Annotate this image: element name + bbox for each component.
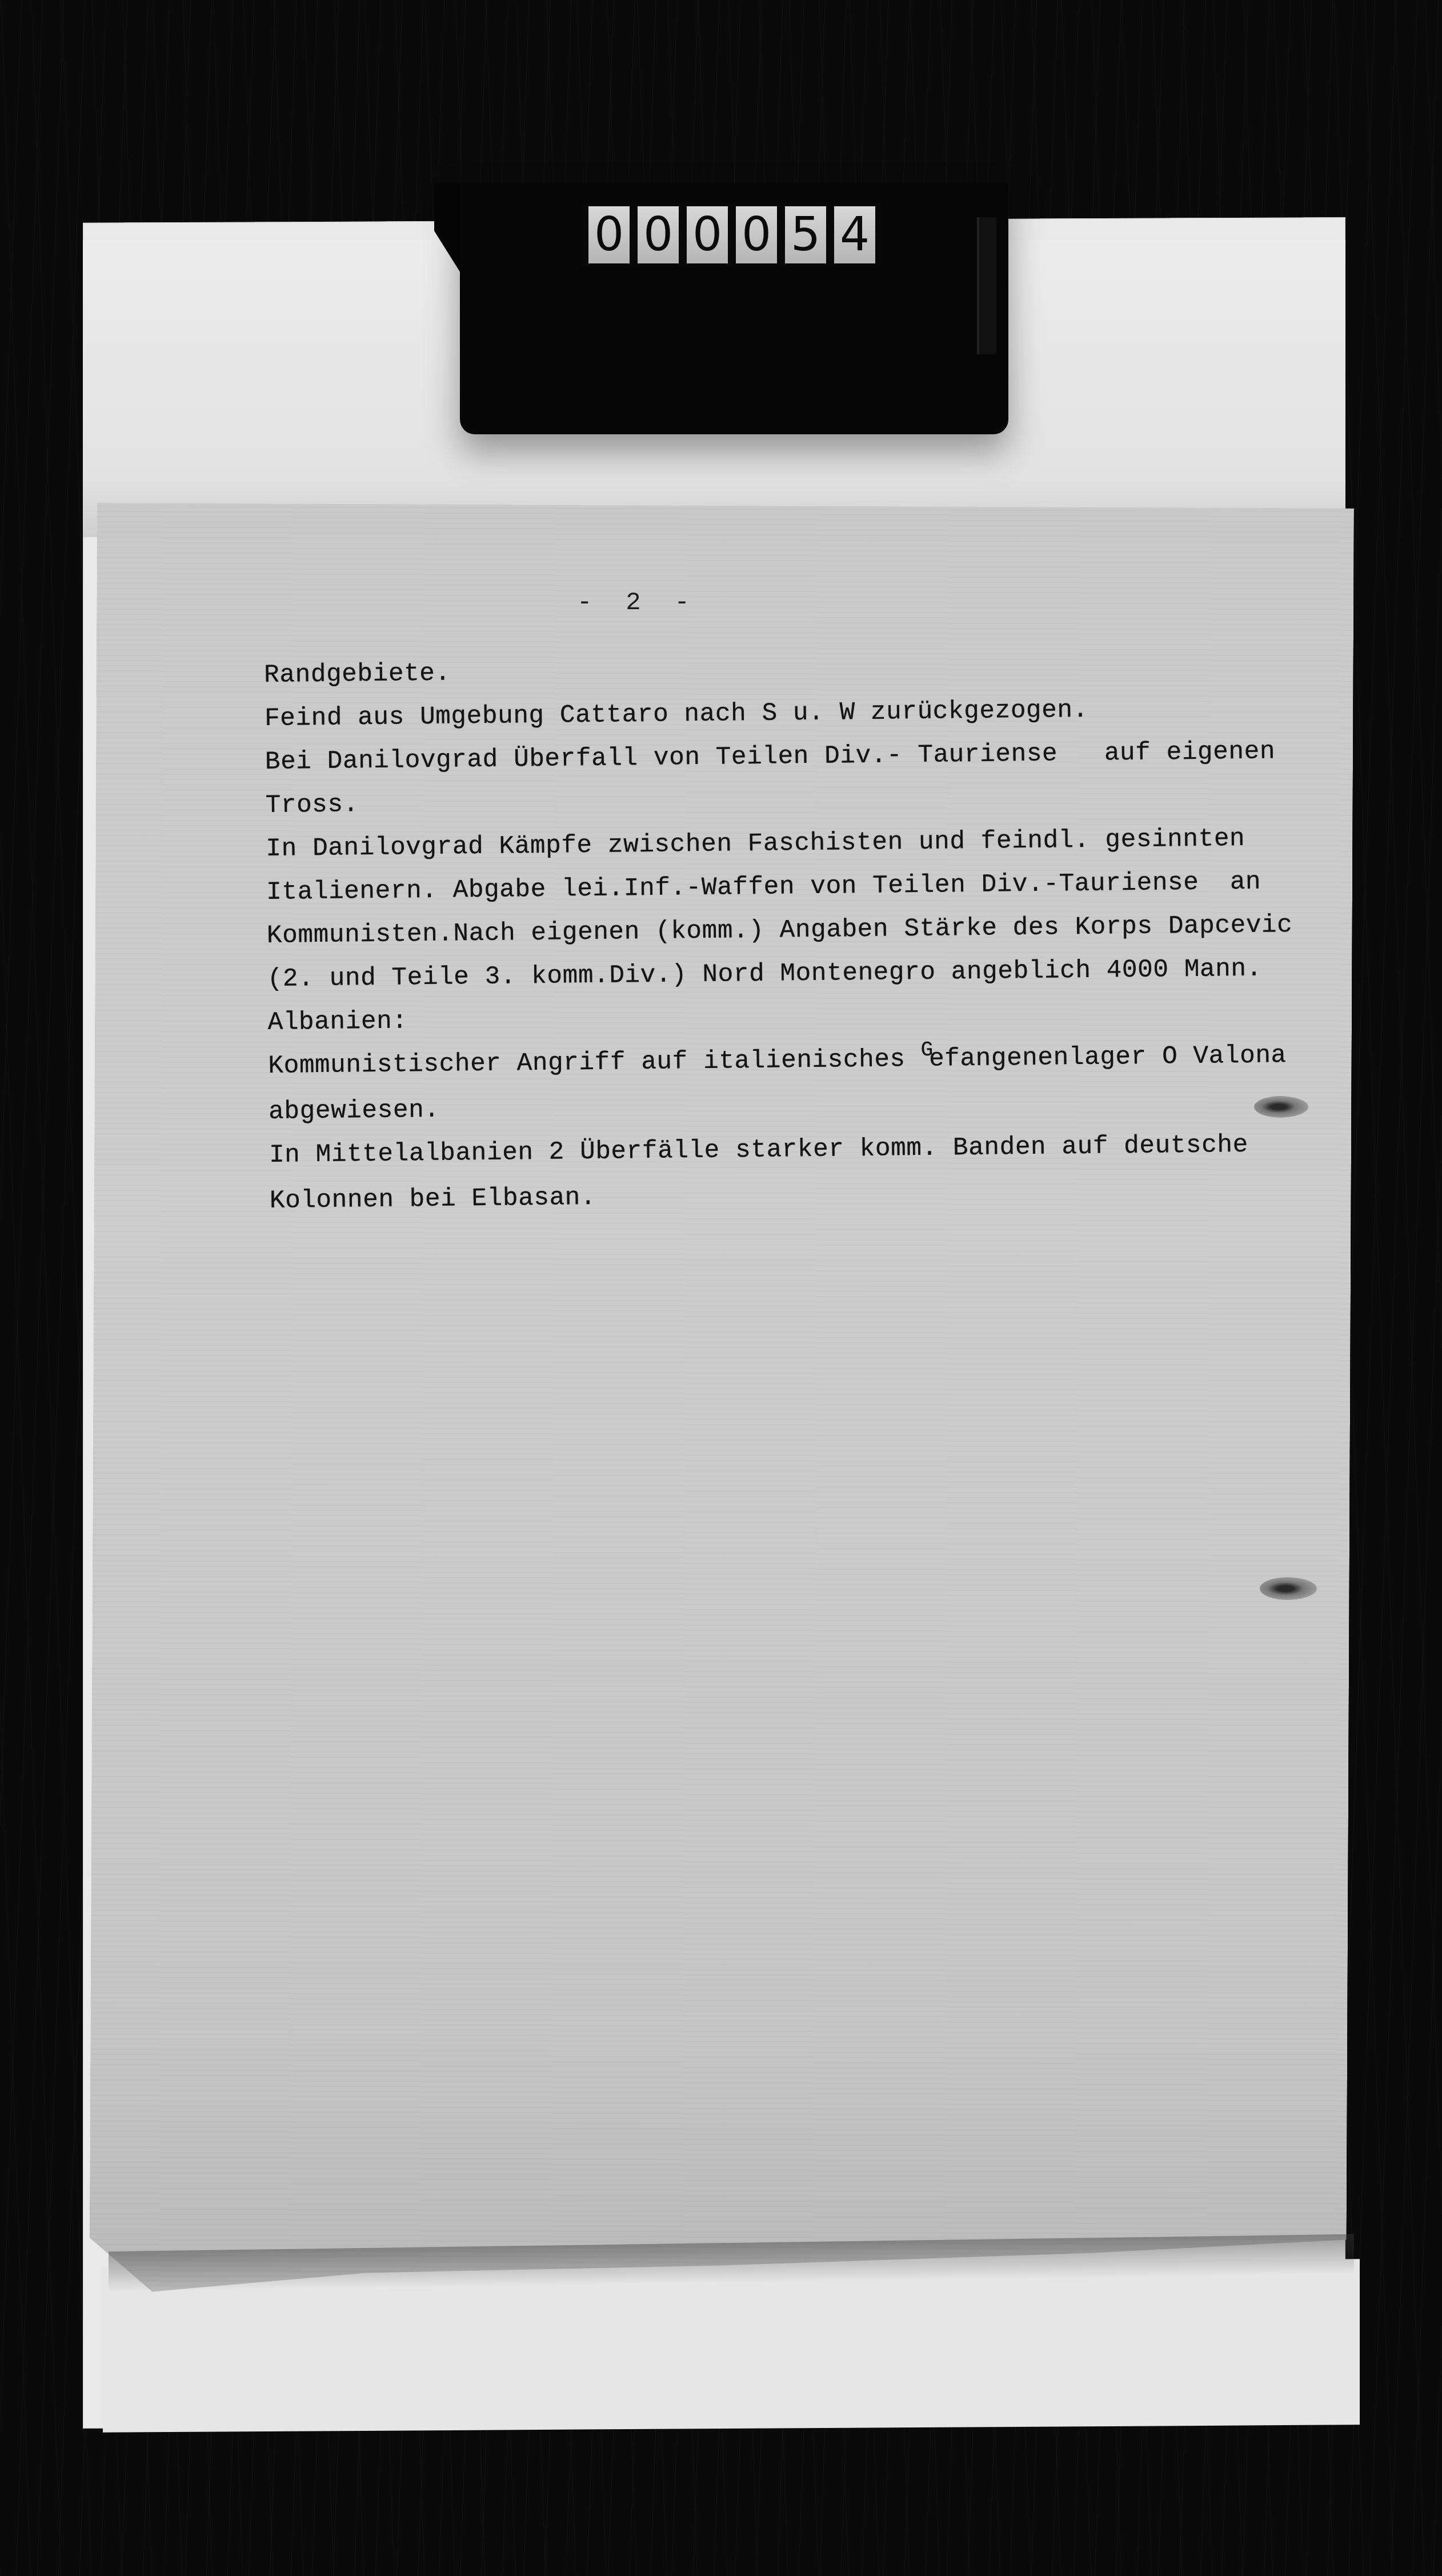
- page-number: - 2 -: [577, 589, 691, 617]
- frame-counter: 0 0 0 0 5 4: [434, 183, 1000, 434]
- text-line: Tross.: [265, 782, 1351, 818]
- text-line: In Danilovgrad Kämpfe zwischen Faschiste…: [266, 825, 1351, 862]
- counter-digit: 0: [638, 206, 679, 263]
- document-body: Randgebiete. Feind aus Umgebung Cattaro …: [264, 651, 1355, 1214]
- text-line: Kommunisten.Nach eigenen (komm.) Angaben…: [267, 912, 1352, 949]
- text-line: (2. und Teile 3. komm.Div.) Nord Montene…: [267, 955, 1353, 992]
- counter-digit: 0: [687, 206, 728, 263]
- counter-knob: [977, 217, 996, 354]
- text-line: Kommunistischer Angriff auf italienische…: [268, 1042, 1353, 1079]
- counter-digit: 5: [785, 206, 826, 263]
- counter-digit: 0: [588, 206, 630, 263]
- section-heading-albanien: Albanien:: [267, 999, 1353, 1035]
- counter-digit: 4: [834, 206, 875, 263]
- text-line: abgewiesen.: [269, 1088, 1354, 1125]
- text-line: In Mittelalbanien 2 Überfälle starker ko…: [269, 1131, 1355, 1168]
- text-line: Italienern. Abgabe lei.Inf.-Waffen von T…: [266, 869, 1352, 905]
- ink-blot: [1254, 1096, 1308, 1118]
- counter-window: 0 0 0 0 5 4: [583, 203, 881, 267]
- text-line: Feind aus Umgebung Cattaro nach S u. W z…: [265, 695, 1350, 731]
- ink-blot: [1260, 1577, 1317, 1600]
- counter-digit: 0: [736, 206, 777, 263]
- text-line: Bei Danilovgrad Überfall von Teilen Div.…: [265, 738, 1351, 775]
- text-line-start: Kommunistischer Angriff auf italienische…: [268, 1045, 921, 1081]
- counter-body: 0 0 0 0 5 4: [460, 183, 1008, 434]
- superscript-correction: G: [921, 1038, 934, 1062]
- text-line-end: efangenenlager O Valona: [929, 1041, 1287, 1074]
